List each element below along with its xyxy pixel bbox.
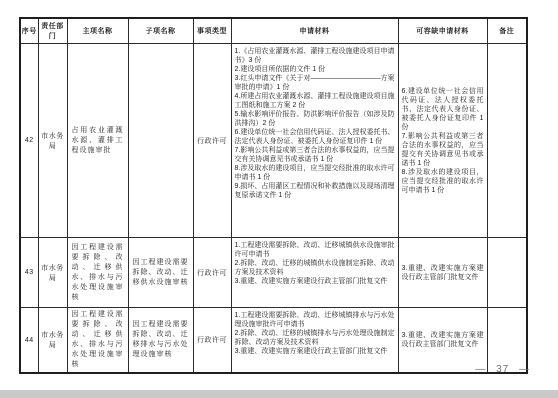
col-header-sub-item: 子项名称 bbox=[128, 18, 193, 44]
cell-type: 行政许可 bbox=[193, 44, 231, 238]
table-row: 44 市水务局 因工程建设需要拆除、改动、迁移供水、排水与污水处理设施审核 因工… bbox=[20, 308, 527, 374]
table-header-row: 序号 责任部门 主项名称 子项名称 事项类型 申请材料 可容缺申请材料 备注 bbox=[20, 18, 527, 44]
col-header-remark: 备注 bbox=[487, 18, 527, 44]
col-header-deferrable-materials: 可容缺申请材料 bbox=[398, 18, 487, 44]
cell-type: 行政许可 bbox=[193, 308, 231, 374]
cell-main-item: 因工程建设需要拆除、改动、迁移供水、排水与污水处理设施审核 bbox=[67, 238, 128, 308]
cell-seq: 43 bbox=[20, 238, 38, 308]
materials-table: 序号 责任部门 主项名称 子项名称 事项类型 申请材料 可容缺申请材料 备注 4… bbox=[19, 17, 528, 374]
page-number: — 37 — bbox=[475, 364, 530, 375]
cell-sub-item bbox=[128, 44, 193, 238]
col-header-seq: 序号 bbox=[20, 18, 38, 44]
cell-main-item: 因工程建设需要拆除、改动、迁移供水、排水与污水处理设施审核 bbox=[67, 308, 128, 374]
cell-department: 市水务局 bbox=[38, 44, 67, 238]
cell-department: 市水务局 bbox=[38, 238, 67, 308]
col-header-materials: 申请材料 bbox=[231, 18, 398, 44]
cell-deferrable-materials: 3.重建、改建实施方案建设行政主管部门批复文件 bbox=[398, 308, 487, 374]
cell-materials: 1.工程建设需要拆除、改动、迁移城镇供水设施审批许可申请书 2.拆除、改动、迁移… bbox=[231, 238, 398, 308]
cell-seq: 42 bbox=[20, 44, 38, 238]
cell-seq: 44 bbox=[20, 308, 38, 374]
table-row: 42 市水务局 占用农业灌溉水源、灌排工程设施审批 行政许可 1.《占用农业灌溉… bbox=[20, 44, 527, 238]
cell-remark bbox=[487, 238, 527, 308]
col-header-type: 事项类型 bbox=[193, 18, 231, 44]
document-page: 序号 责任部门 主项名称 子项名称 事项类型 申请材料 可容缺申请材料 备注 4… bbox=[0, 0, 558, 398]
cell-department: 市水务局 bbox=[38, 308, 67, 374]
cell-remark bbox=[487, 44, 527, 238]
col-header-department: 责任部门 bbox=[38, 18, 67, 44]
table-row: 43 市水务局 因工程建设需要拆除、改动、迁移供水、排水与污水处理设施审核 因工… bbox=[20, 238, 527, 308]
cell-main-item: 占用农业灌溉水源、灌排工程设施审批 bbox=[67, 44, 128, 238]
cell-materials: 1.工程建设需要拆除、改动、迁移城镇排水与污水处理设施审批许可申请书 2.拆除、… bbox=[231, 308, 398, 374]
cell-deferrable-materials: 6.建设单位统一社会信用代码证、法人授权委托书、法定代表人身份证、被委托人身份证… bbox=[398, 44, 487, 238]
cell-type: 行政许可 bbox=[193, 238, 231, 308]
cell-materials: 1.《占用农业灌溉水源、灌排工程设施建设项目申请书》3 份 2.建设项目所依据的… bbox=[231, 44, 398, 238]
cell-sub-item: 因工程建设需要拆除、改动、迁移供水设施审核 bbox=[128, 238, 193, 308]
page-bottom-edge bbox=[0, 390, 558, 398]
col-header-main-item: 主项名称 bbox=[67, 18, 128, 44]
cell-deferrable-materials: 3.重建、改建实施方案建设行政主管部门批复文件 bbox=[398, 238, 487, 308]
cell-sub-item: 因工程建设需要拆除、改动、迁移排水与污水处理设施审核 bbox=[128, 308, 193, 374]
